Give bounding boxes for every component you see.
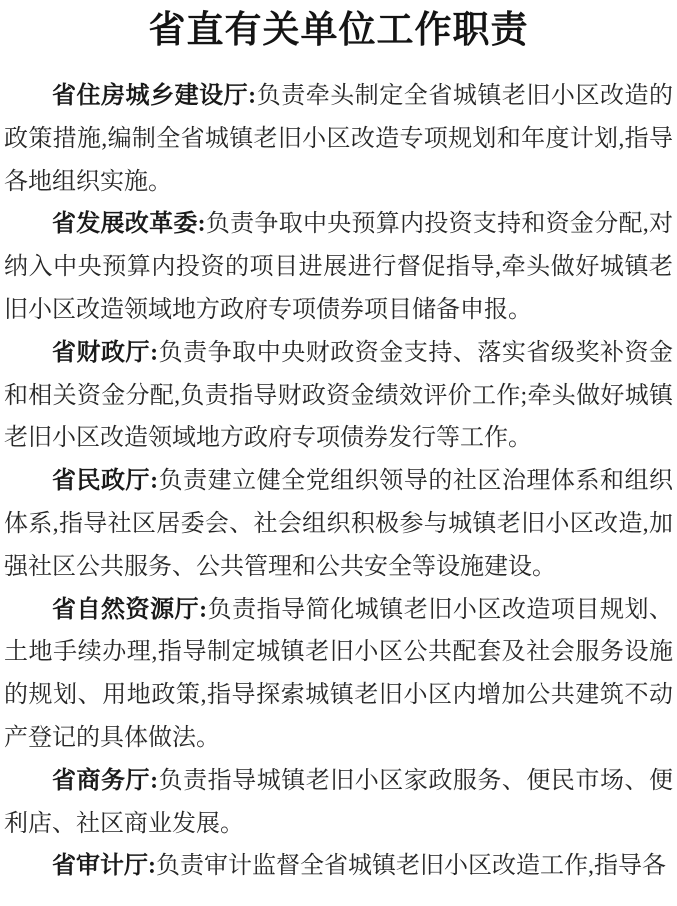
paragraph: 省民政厅:负责建立健全党组织领导的社区治理体系和组织体系,指导社区居委会、社会组… (4, 460, 673, 588)
paragraph: 省审计厅:负责审计监督全省城镇老旧小区改造工作,指导各 (4, 845, 673, 888)
department-name: 省财政厅 (52, 340, 150, 366)
paragraph: 省发展改革委:负责争取中央预算内投资支持和资金分配,对纳入中央预算内投资的项目进… (4, 203, 673, 331)
department-colon: : (248, 83, 256, 109)
paragraph: 省商务厅:负责指导城镇老旧小区家政服务、便民市场、便利店、社区商业发展。 (4, 760, 673, 846)
department-colon: : (148, 853, 156, 879)
department-colon: : (150, 768, 158, 794)
document-page: 省直有关单位工作职责 省住房城乡建设厅:负责牵头制定全省城镇老旧小区改造的政策措… (0, 0, 677, 906)
department-name: 省住房城乡建设厅 (52, 83, 248, 109)
document-body: 省住房城乡建设厅:负责牵头制定全省城镇老旧小区改造的政策措施,编制全省城镇老旧小… (4, 75, 673, 888)
paragraph-text: 负责审计监督全省城镇老旧小区改造工作,指导各 (156, 853, 666, 879)
department-name: 省自然资源厅 (52, 597, 199, 623)
department-name: 省民政厅 (52, 468, 150, 494)
paragraph: 省自然资源厅:负责指导简化城镇老旧小区改造项目规划、土地手续办理,指导制定城镇老… (4, 589, 673, 760)
department-name: 省审计厅 (52, 853, 148, 879)
department-name: 省发展改革委 (52, 211, 198, 237)
paragraph: 省住房城乡建设厅:负责牵头制定全省城镇老旧小区改造的政策措施,编制全省城镇老旧小… (4, 75, 673, 203)
department-colon: : (150, 468, 158, 494)
department-colon: : (150, 340, 158, 366)
department-colon: : (199, 597, 207, 623)
paragraph: 省财政厅:负责争取中央财政资金支持、落实省级奖补资金和相关资金分配,负责指导财政… (4, 332, 673, 460)
department-name: 省商务厅 (52, 768, 150, 794)
document-title: 省直有关单位工作职责 (4, 0, 673, 55)
department-colon: : (198, 211, 206, 237)
